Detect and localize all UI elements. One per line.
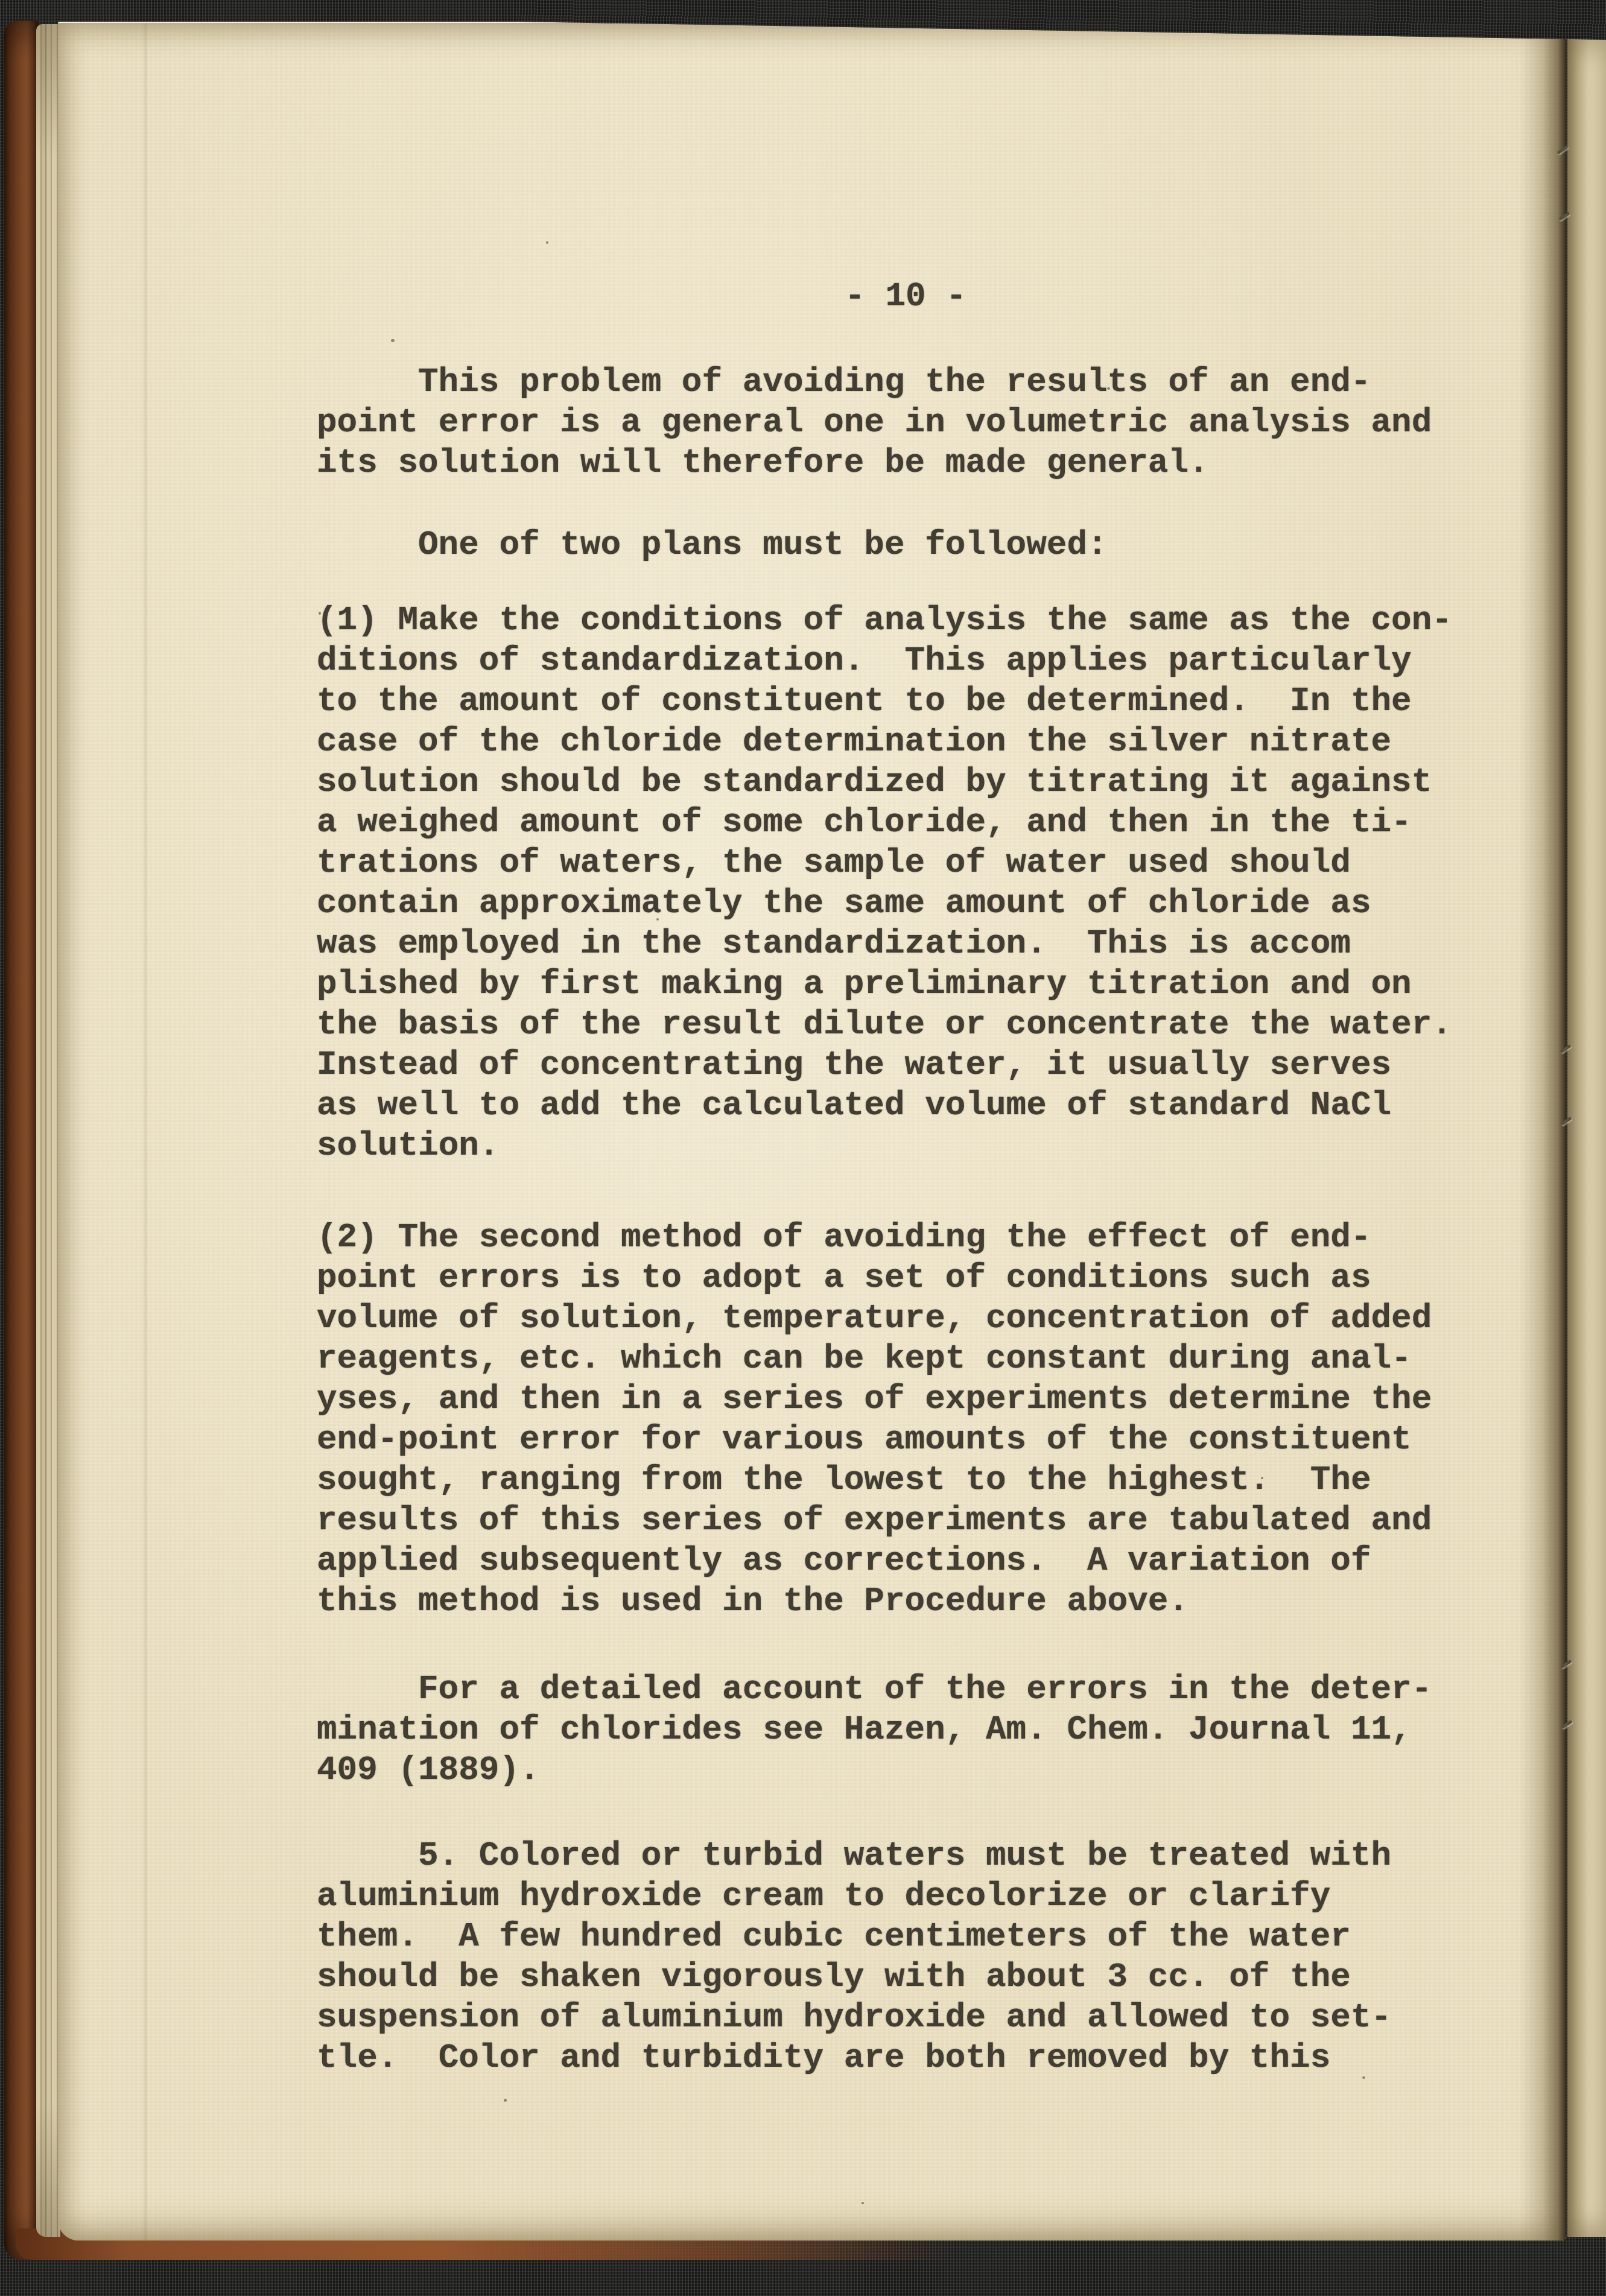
paper-speck [862, 2202, 864, 2204]
text-line: volume of solution, temperature, concent… [317, 1298, 1432, 1339]
paper-speck [656, 918, 659, 921]
text-line: the basis of the result dilute or concen… [317, 1004, 1452, 1045]
text-line: case of the chloride determination the s… [317, 721, 1452, 762]
paragraph: One of two plans must be followed: [317, 525, 1108, 565]
text-line: to the amount of constituent to be deter… [317, 681, 1452, 721]
text-line: For a detailed account of the errors in … [317, 1669, 1432, 1710]
text-line: trations of waters, the sample of water … [317, 843, 1452, 883]
text-line: should be shaken vigorously with about 3… [317, 1957, 1391, 1997]
paper-speck [319, 612, 321, 615]
text-line: suspension of aluminium hydroxide and al… [317, 1997, 1391, 2038]
text-line: plished by first making a preliminary ti… [317, 964, 1452, 1004]
text-line: solution. [317, 1126, 1452, 1166]
text-line: This problem of avoiding the results of … [317, 362, 1432, 402]
book-spine-leather [4, 21, 39, 2260]
paragraph: (2) The second method of avoiding the ef… [317, 1217, 1432, 1622]
text-line: (2) The second method of avoiding the ef… [317, 1217, 1432, 1258]
paragraph: This problem of avoiding the results of … [317, 362, 1432, 483]
paper-speck [839, 1363, 841, 1366]
text-line: aluminium hydroxide cream to decolorize … [317, 1876, 1391, 1917]
text-line: this method is used in the Procedure abo… [317, 1581, 1432, 1622]
text-line: mination of chlorides see Hazen, Am. Che… [317, 1710, 1432, 1750]
paper-speck [546, 241, 548, 244]
page-crease [142, 23, 148, 2241]
text-line: sought, ranging from the lowest to the h… [317, 1460, 1432, 1500]
text-line: was employed in the standardization. Thi… [317, 924, 1452, 964]
text-line: Instead of concentrating the water, it u… [317, 1045, 1452, 1085]
page-edge-stack [36, 24, 60, 2237]
text-line: them. A few hundred cubic centimeters of… [317, 1917, 1391, 1957]
text-line: One of two plans must be followed: [317, 525, 1108, 565]
next-page-edge [1567, 37, 1606, 2237]
paper-speck [1261, 1477, 1263, 1479]
paragraph: 5. Colored or turbid waters must be trea… [317, 1836, 1391, 2078]
text-line: end-point error for various amounts of t… [317, 1419, 1432, 1460]
text-line: tle. Color and turbidity are both remove… [317, 2038, 1391, 2078]
text-line: reagents, etc. which can be kept constan… [317, 1339, 1432, 1379]
text-line: ditions of standardization. This applies… [317, 641, 1452, 681]
text-line: yses, and then in a series of experiment… [317, 1379, 1432, 1419]
paper-speck [430, 1239, 433, 1242]
paragraph: For a detailed account of the errors in … [317, 1669, 1432, 1790]
text-line: applied subsequently as corrections. A v… [317, 1541, 1432, 1581]
text-line: contain approximately the same amount of… [317, 883, 1452, 924]
text-line: its solution will therefore be made gene… [317, 443, 1432, 483]
paper-speck [1107, 387, 1110, 390]
text-line: 409 (1889). [317, 1750, 1432, 1790]
text-line: (1) Make the conditions of analysis the … [317, 600, 1452, 641]
text-line: 5. Colored or turbid waters must be trea… [317, 1836, 1391, 1876]
paper-speck [504, 2099, 507, 2102]
paragraph: (1) Make the conditions of analysis the … [317, 600, 1452, 1166]
text-line: solution should be standardized by titra… [317, 762, 1452, 802]
text-line: a weighed amount of some chloride, and t… [317, 802, 1452, 843]
paper-speck [391, 339, 395, 342]
text-line: point errors is to adopt a set of condit… [317, 1258, 1432, 1298]
text-line: as well to add the calculated volume of … [317, 1085, 1452, 1126]
scanned-book-page: { "document": { "page_number": "- 10 -",… [0, 0, 1606, 2296]
book-page: - 10 - This problem of avoiding the resu… [58, 22, 1566, 2241]
paper-speck [1362, 2076, 1365, 2079]
page-text: This problem of avoiding the results of … [317, 23, 1547, 2241]
text-line: results of this series of experiments ar… [317, 1500, 1432, 1541]
text-line: point error is a general one in volumetr… [317, 402, 1432, 443]
